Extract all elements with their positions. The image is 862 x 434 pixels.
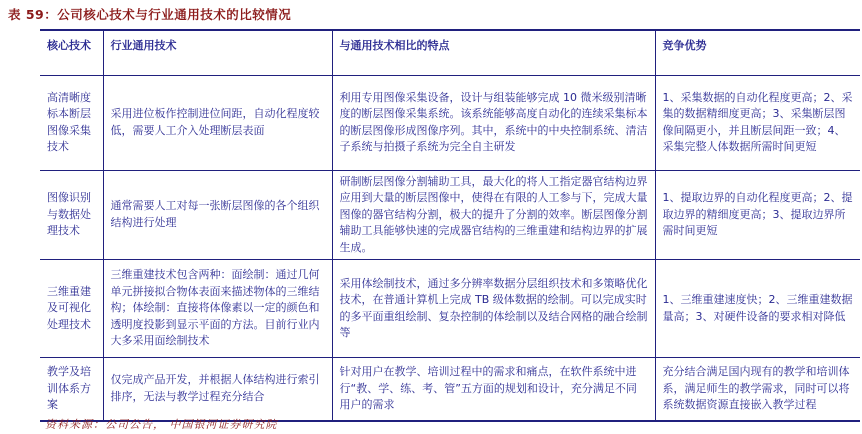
cell-common-tech: 三维重建技术包含两种：面绘制：通过几何单元拼接拟合物体表面来描述物体的三维结构；… — [103, 260, 332, 358]
source-note: 资料来源：公司公告， 中国银河证券研究院 — [45, 416, 278, 432]
cell-features: 利用专用图像采集设备，设计与组装能够完成 10 微米级别清晰度的断层图像采集系统… — [332, 75, 655, 170]
cell-core-tech: 图像识别与数据处理技术 — [40, 170, 103, 260]
column-header-features: 与通用技术相比的特点 — [332, 30, 655, 75]
cell-features: 研制断层图像分割辅助工具，最大化的将人工指定器官结构边界应用到大量的断层图像中，… — [332, 170, 655, 260]
column-header-common-tech: 行业通用技术 — [103, 30, 332, 75]
header-row: 核心技术 行业通用技术 与通用技术相比的特点 竞争优势 — [40, 30, 860, 75]
cell-common-tech: 采用进位板作控制进位间距，自动化程度较低，需要人工介入处理断层表面 — [103, 75, 332, 170]
comparison-table: 核心技术 行业通用技术 与通用技术相比的特点 竞争优势 高清晰度标本断层图像采集… — [40, 29, 860, 422]
column-header-core-tech: 核心技术 — [40, 30, 103, 75]
cell-advantages: 1、采集数据的自动化程度更高；2、采集的数据精细度更高；3、采集断层图像间隔更小… — [655, 75, 860, 170]
cell-features: 针对用户在教学、培训过程中的需求和痛点，在软件系统中进行“教、学、练、考、管”五… — [332, 358, 655, 421]
table-row: 高清晰度标本断层图像采集技术 采用进位板作控制进位间距，自动化程度较低，需要人工… — [40, 75, 860, 170]
cell-common-tech: 仅完成产品开发，并根据人体结构进行索引排序，无法与教学过程充分结合 — [103, 358, 332, 421]
cell-common-tech: 通常需要人工对每一张断层图像的各个组织结构进行处理 — [103, 170, 332, 260]
cell-advantages: 充分结合满足国内现有的教学和培训体系，满足师生的教学需求，同时可以将系统数据资源… — [655, 358, 860, 421]
cell-core-tech: 教学及培训体系方案 — [40, 358, 103, 421]
cell-core-tech: 三维重建及可视化处理技术 — [40, 260, 103, 358]
cell-advantages: 1、三维重建速度快；2、三维重建数据量高；3、对硬件设备的要求相对降低 — [655, 260, 860, 358]
table-title: 表 59：公司核心技术与行业通用技术的比较情况 — [8, 5, 291, 23]
cell-features: 采用体绘制技术，通过多分辨率数据分层组织技术和多策略优化技术，在普通计算机上完成… — [332, 260, 655, 358]
table-row: 教学及培训体系方案 仅完成产品开发，并根据人体结构进行索引排序，无法与教学过程充… — [40, 358, 860, 421]
column-header-advantages: 竞争优势 — [655, 30, 860, 75]
table-row: 三维重建及可视化处理技术 三维重建技术包含两种：面绘制：通过几何单元拼接拟合物体… — [40, 260, 860, 358]
cell-core-tech: 高清晰度标本断层图像采集技术 — [40, 75, 103, 170]
cell-advantages: 1、提取边界的自动化程度更高；2、提取边界的精细度更高；3、提取边界所需时间更短 — [655, 170, 860, 260]
table-row: 图像识别与数据处理技术 通常需要人工对每一张断层图像的各个组织结构进行处理 研制… — [40, 170, 860, 260]
